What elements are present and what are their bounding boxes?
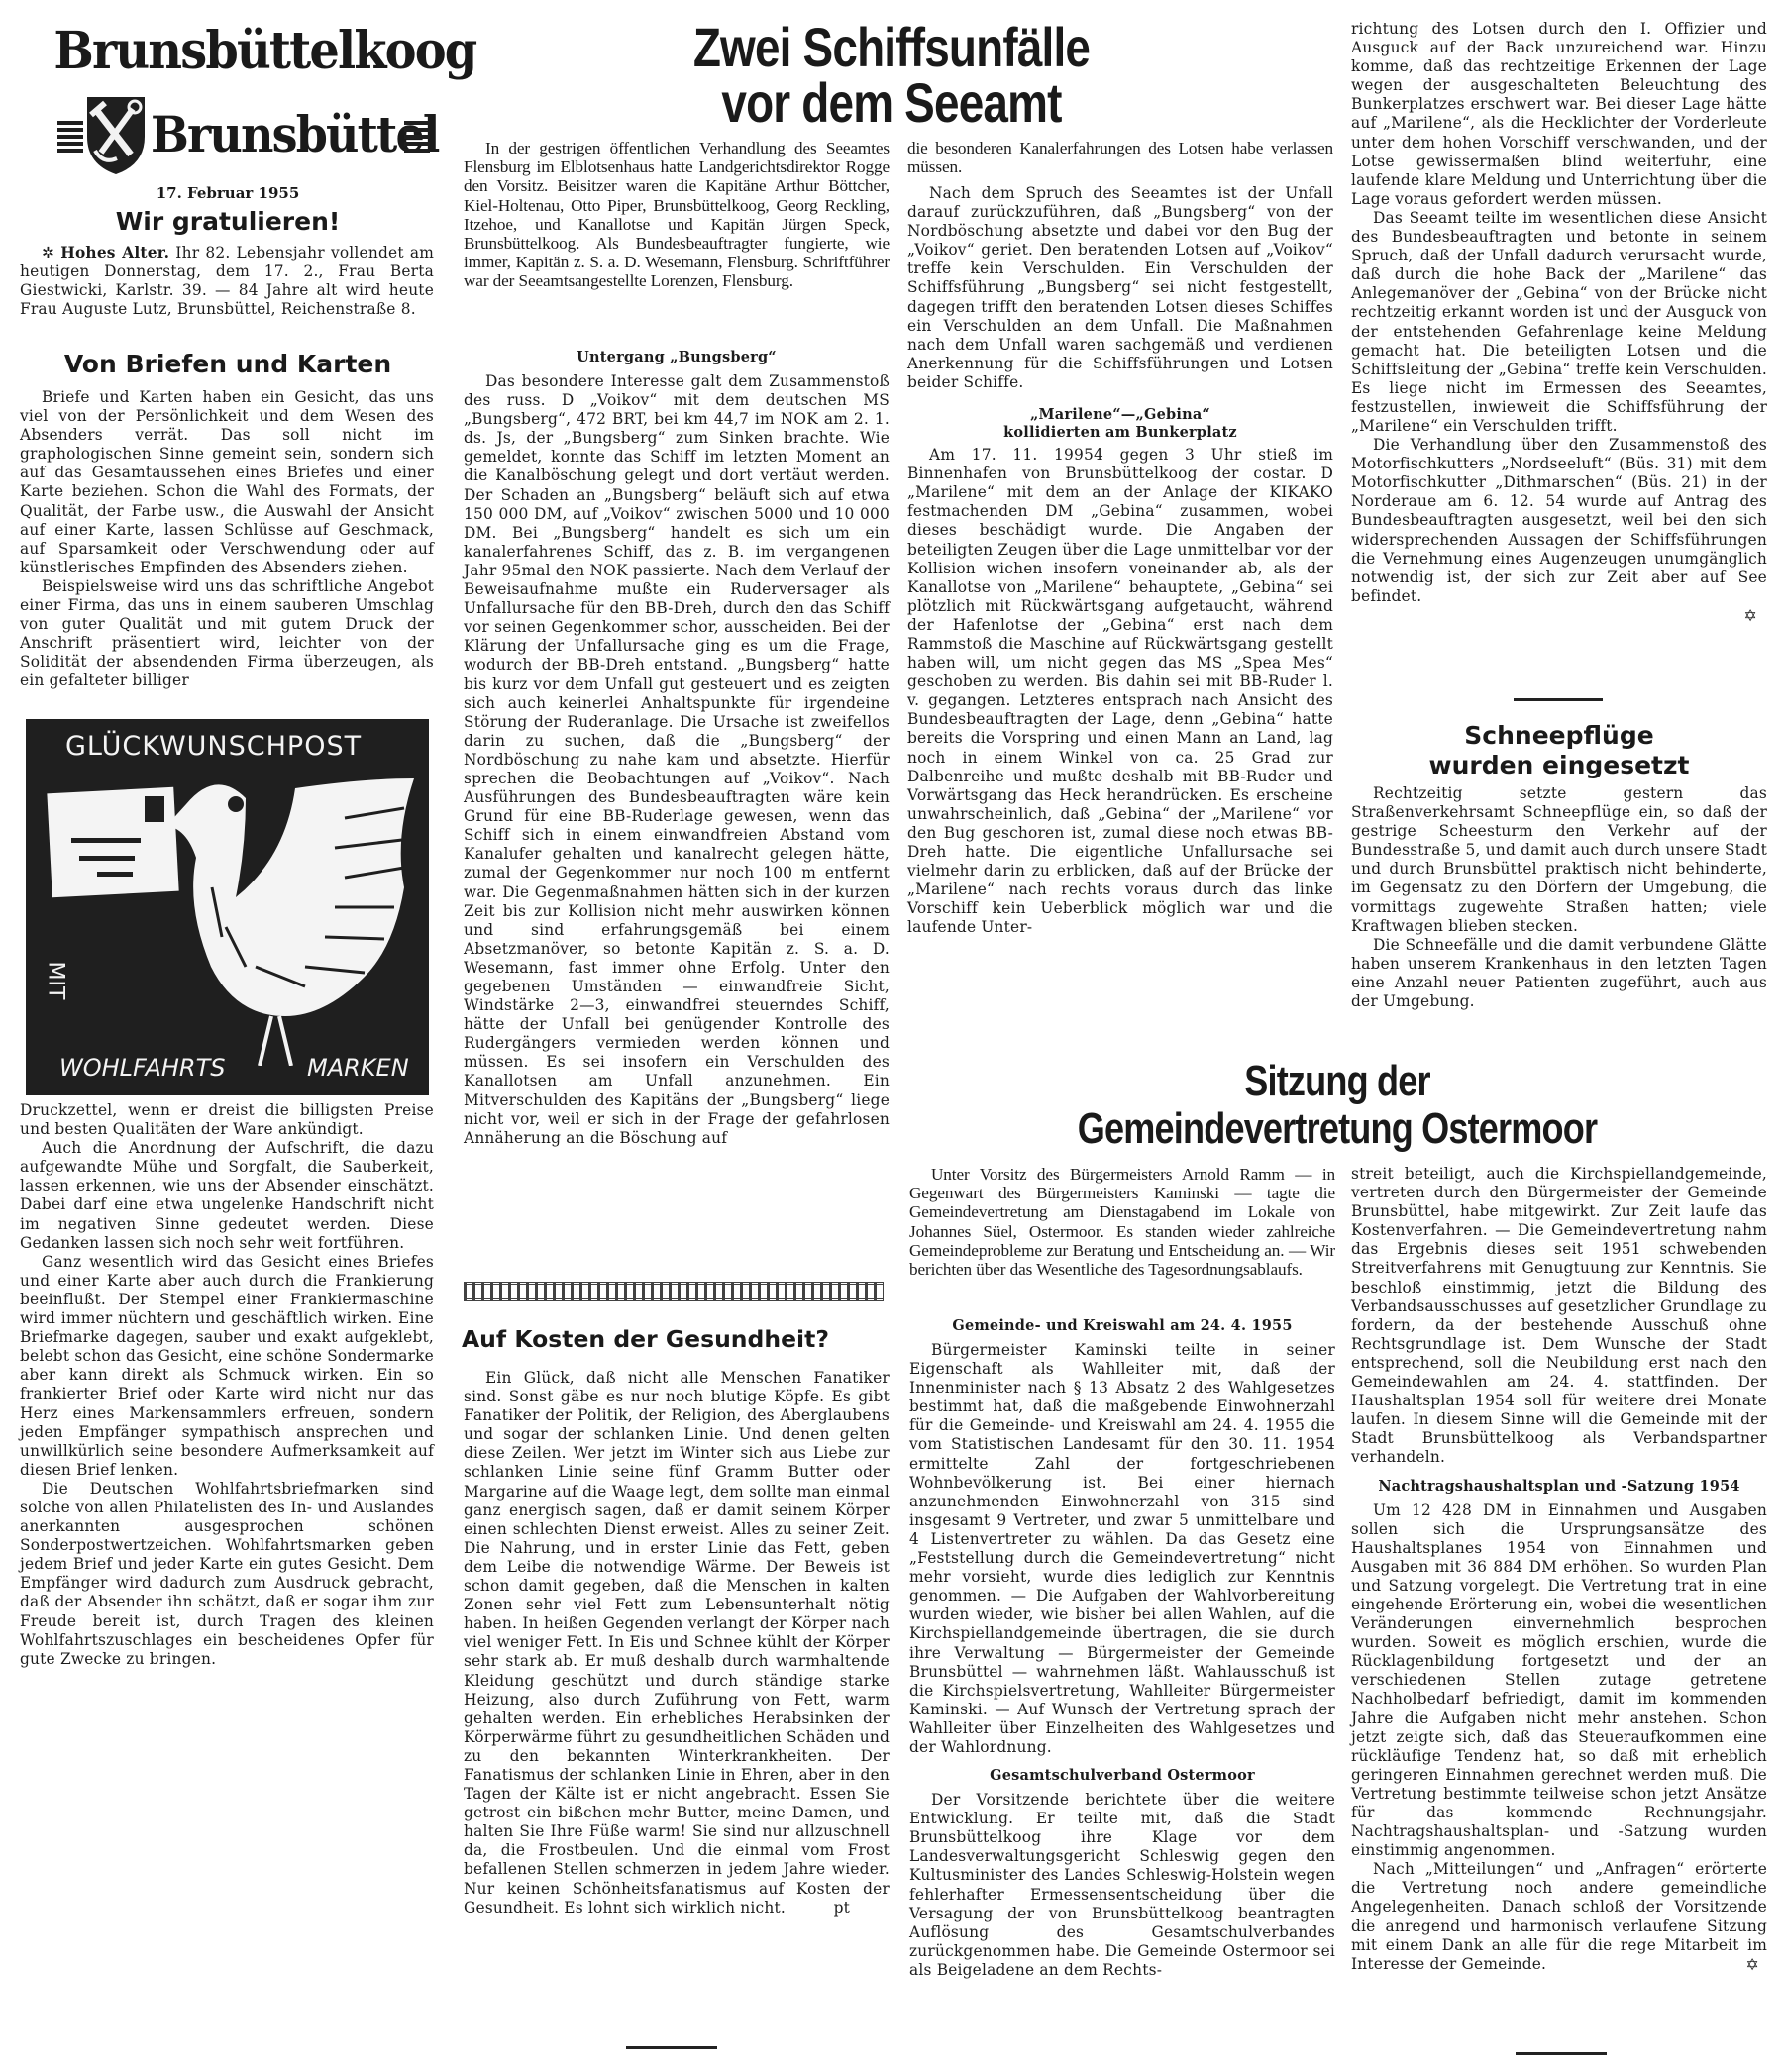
schiffsunfaelle-title-1: Zwei Schiffsunfälle [534, 18, 1249, 77]
paragraph: Bürgermeister Kaminski teilte in seiner … [909, 1341, 1335, 1757]
subheading-gesamtschulverband: Gesamtschulverband Ostermoor [909, 1767, 1335, 1785]
paragraph: Auch die Anordnung der Aufschrift, die d… [20, 1139, 434, 1253]
briefe-article-cont: Druckzettel, wenn er dreist die billigst… [20, 1101, 434, 1669]
subheading-marilene-1: „Marilene“—„Gebina“ [907, 406, 1333, 424]
ad-title: GLÜCKWUNSCHPOST [65, 731, 392, 762]
banner-left [57, 121, 83, 153]
schiffsunfaelle-col-b: Nach dem Spruch des Seeamtes ist der Unf… [907, 184, 1333, 937]
separator-rule [626, 2046, 717, 2049]
subheading-nachtragshaushalt: Nachtragshaushaltsplan und -Satzung 1954 [1351, 1478, 1767, 1496]
schiffsunfaelle-col-a-intro: In der gestrigen öffentlichen Verhandlun… [464, 139, 890, 291]
coat-of-arms-hammer-anchor-icon [83, 93, 149, 176]
wohlfahrtsmarken-ad: GLÜCKWUNSCHPOST MIT WOHLFAHRTS MARKEN [26, 719, 429, 1095]
paragraph: Das Seeamt teilte im wesentlichen diese … [1351, 209, 1767, 436]
briefe-title: Von Briefen und Karten [20, 349, 436, 380]
issue-date: 17. Februar 1955 [20, 184, 436, 202]
ornamental-divider [464, 1282, 884, 1301]
ad-bottom-left: WOHLFAHRTS [59, 1054, 225, 1082]
gratulation-title: Wir gratulieren! [20, 206, 436, 238]
gesundheit-title: Auf Kosten der Gesundheit? [462, 1323, 888, 1355]
paragraph: die besonderen Kanalerfahrungen des Lots… [907, 139, 1333, 176]
briefe-article: Briefe und Karten haben ein Gesicht, das… [20, 388, 434, 691]
paragraph: Briefe und Karten haben ein Gesicht, das… [20, 388, 434, 577]
masthead-line-1: Brunsbüttelkoog [53, 24, 427, 79]
ad-side-text: MIT [44, 962, 68, 1021]
ostermoor-col-b: streit beteiligt, auch die Kirchspiellan… [1351, 1165, 1767, 1974]
masthead-line-2: Brunsbüttel [151, 107, 378, 162]
paragraph: Rechtzeitig setzte gestern das Straßenve… [1351, 784, 1767, 936]
ostermoor-col-a-intro: Unter Vorsitz des Bürgermeisters Arnold … [909, 1165, 1335, 1279]
separator-rule [1516, 2052, 1607, 2055]
ad-bottom-right: MARKEN [307, 1054, 409, 1082]
schiffsunfaelle-col-a: Untergang „Bungsberg“ Das besondere Inte… [464, 349, 890, 1148]
schiffsunfaelle-col-b-intro: die besonderen Kanalerfahrungen des Lots… [907, 139, 1333, 176]
schnee-article: Rechtzeitig setzte gestern das Straßenve… [1351, 784, 1767, 1011]
paragraph: Unter Vorsitz des Bürgermeisters Arnold … [909, 1165, 1335, 1279]
article-end-mark: ✡ [1351, 606, 1767, 625]
paragraph: Druckzettel, wenn er dreist die billigst… [20, 1101, 434, 1139]
schnee-title-1: Schneepflüge [1351, 721, 1767, 751]
paragraph: richtung des Lotsen durch den I. Offizie… [1351, 20, 1767, 209]
subheading-untergang: Untergang „Bungsberg“ [464, 349, 890, 366]
gesundheit-article: Ein Glück, daß nicht alle Menschen Fanat… [464, 1369, 890, 1917]
masthead: Brunsbüttelkoog Brunsbüttel [20, 10, 436, 198]
ostermoor-col-a: Gemeinde- und Kreiswahl am 24. 4. 1955 B… [909, 1317, 1335, 1980]
schiffsunfaelle-col-c: richtung des Lotsen durch den I. Offizie… [1351, 20, 1767, 625]
ostermoor-title-1: Sitzung der [980, 1058, 1695, 1105]
paragraph: Das besondere Interesse galt dem Zusamme… [464, 372, 890, 1148]
paragraph: In der gestrigen öffentlichen Verhandlun… [464, 139, 890, 291]
paragraph: Ganz wesentlich wird das Gesicht eines B… [20, 1253, 434, 1480]
separator-rule [1514, 698, 1603, 701]
paragraph: Nach dem Spruch des Seeamtes ist der Unf… [907, 184, 1333, 392]
paragraph: Ein Glück, daß nicht alle Menschen Fanat… [464, 1369, 890, 1917]
paragraph: Die Schneefälle und die damit verbundene… [1351, 936, 1767, 1011]
ostermoor-title-2: Gemeindevertretung Ostermoor [980, 1105, 1695, 1153]
paragraph: Die Deutschen Wohlfahrtsbriefmarken sind… [20, 1480, 434, 1669]
gratulation-lead: Hohes Alter. [60, 244, 169, 261]
paragraph: Beispielsweise wird uns das schriftliche… [20, 577, 434, 691]
gratulation-text: ✲ Hohes Alter. Ihr 82. Lebensjahr vollen… [20, 244, 434, 319]
dove-with-letter-icon [38, 769, 424, 1066]
paragraph: Die Verhandlung über den Zusammenstoß de… [1351, 436, 1767, 606]
paragraph: Am 17. 11. 19954 gegen 3 Uhr stieß im Bi… [907, 446, 1333, 937]
paragraph: Um 12 428 DM in Einnahmen und Ausgaben s… [1351, 1502, 1767, 1861]
schiffsunfaelle-title-2: vor dem Seeamt [534, 73, 1249, 133]
banner-right [404, 121, 430, 153]
subheading-marilene-2: kollidierten am Bunkerplatz [907, 424, 1333, 442]
paragraph: Der Vorsitzende berichtete über die weit… [909, 1791, 1335, 1980]
subheading-kreiswahl: Gemeinde- und Kreiswahl am 24. 4. 1955 [909, 1317, 1335, 1335]
schnee-title-2: wurden eingesetzt [1351, 751, 1767, 780]
star-icon: ✲ [42, 244, 54, 261]
paragraph: streit beteiligt, auch die Kirchspiellan… [1351, 1165, 1767, 1468]
